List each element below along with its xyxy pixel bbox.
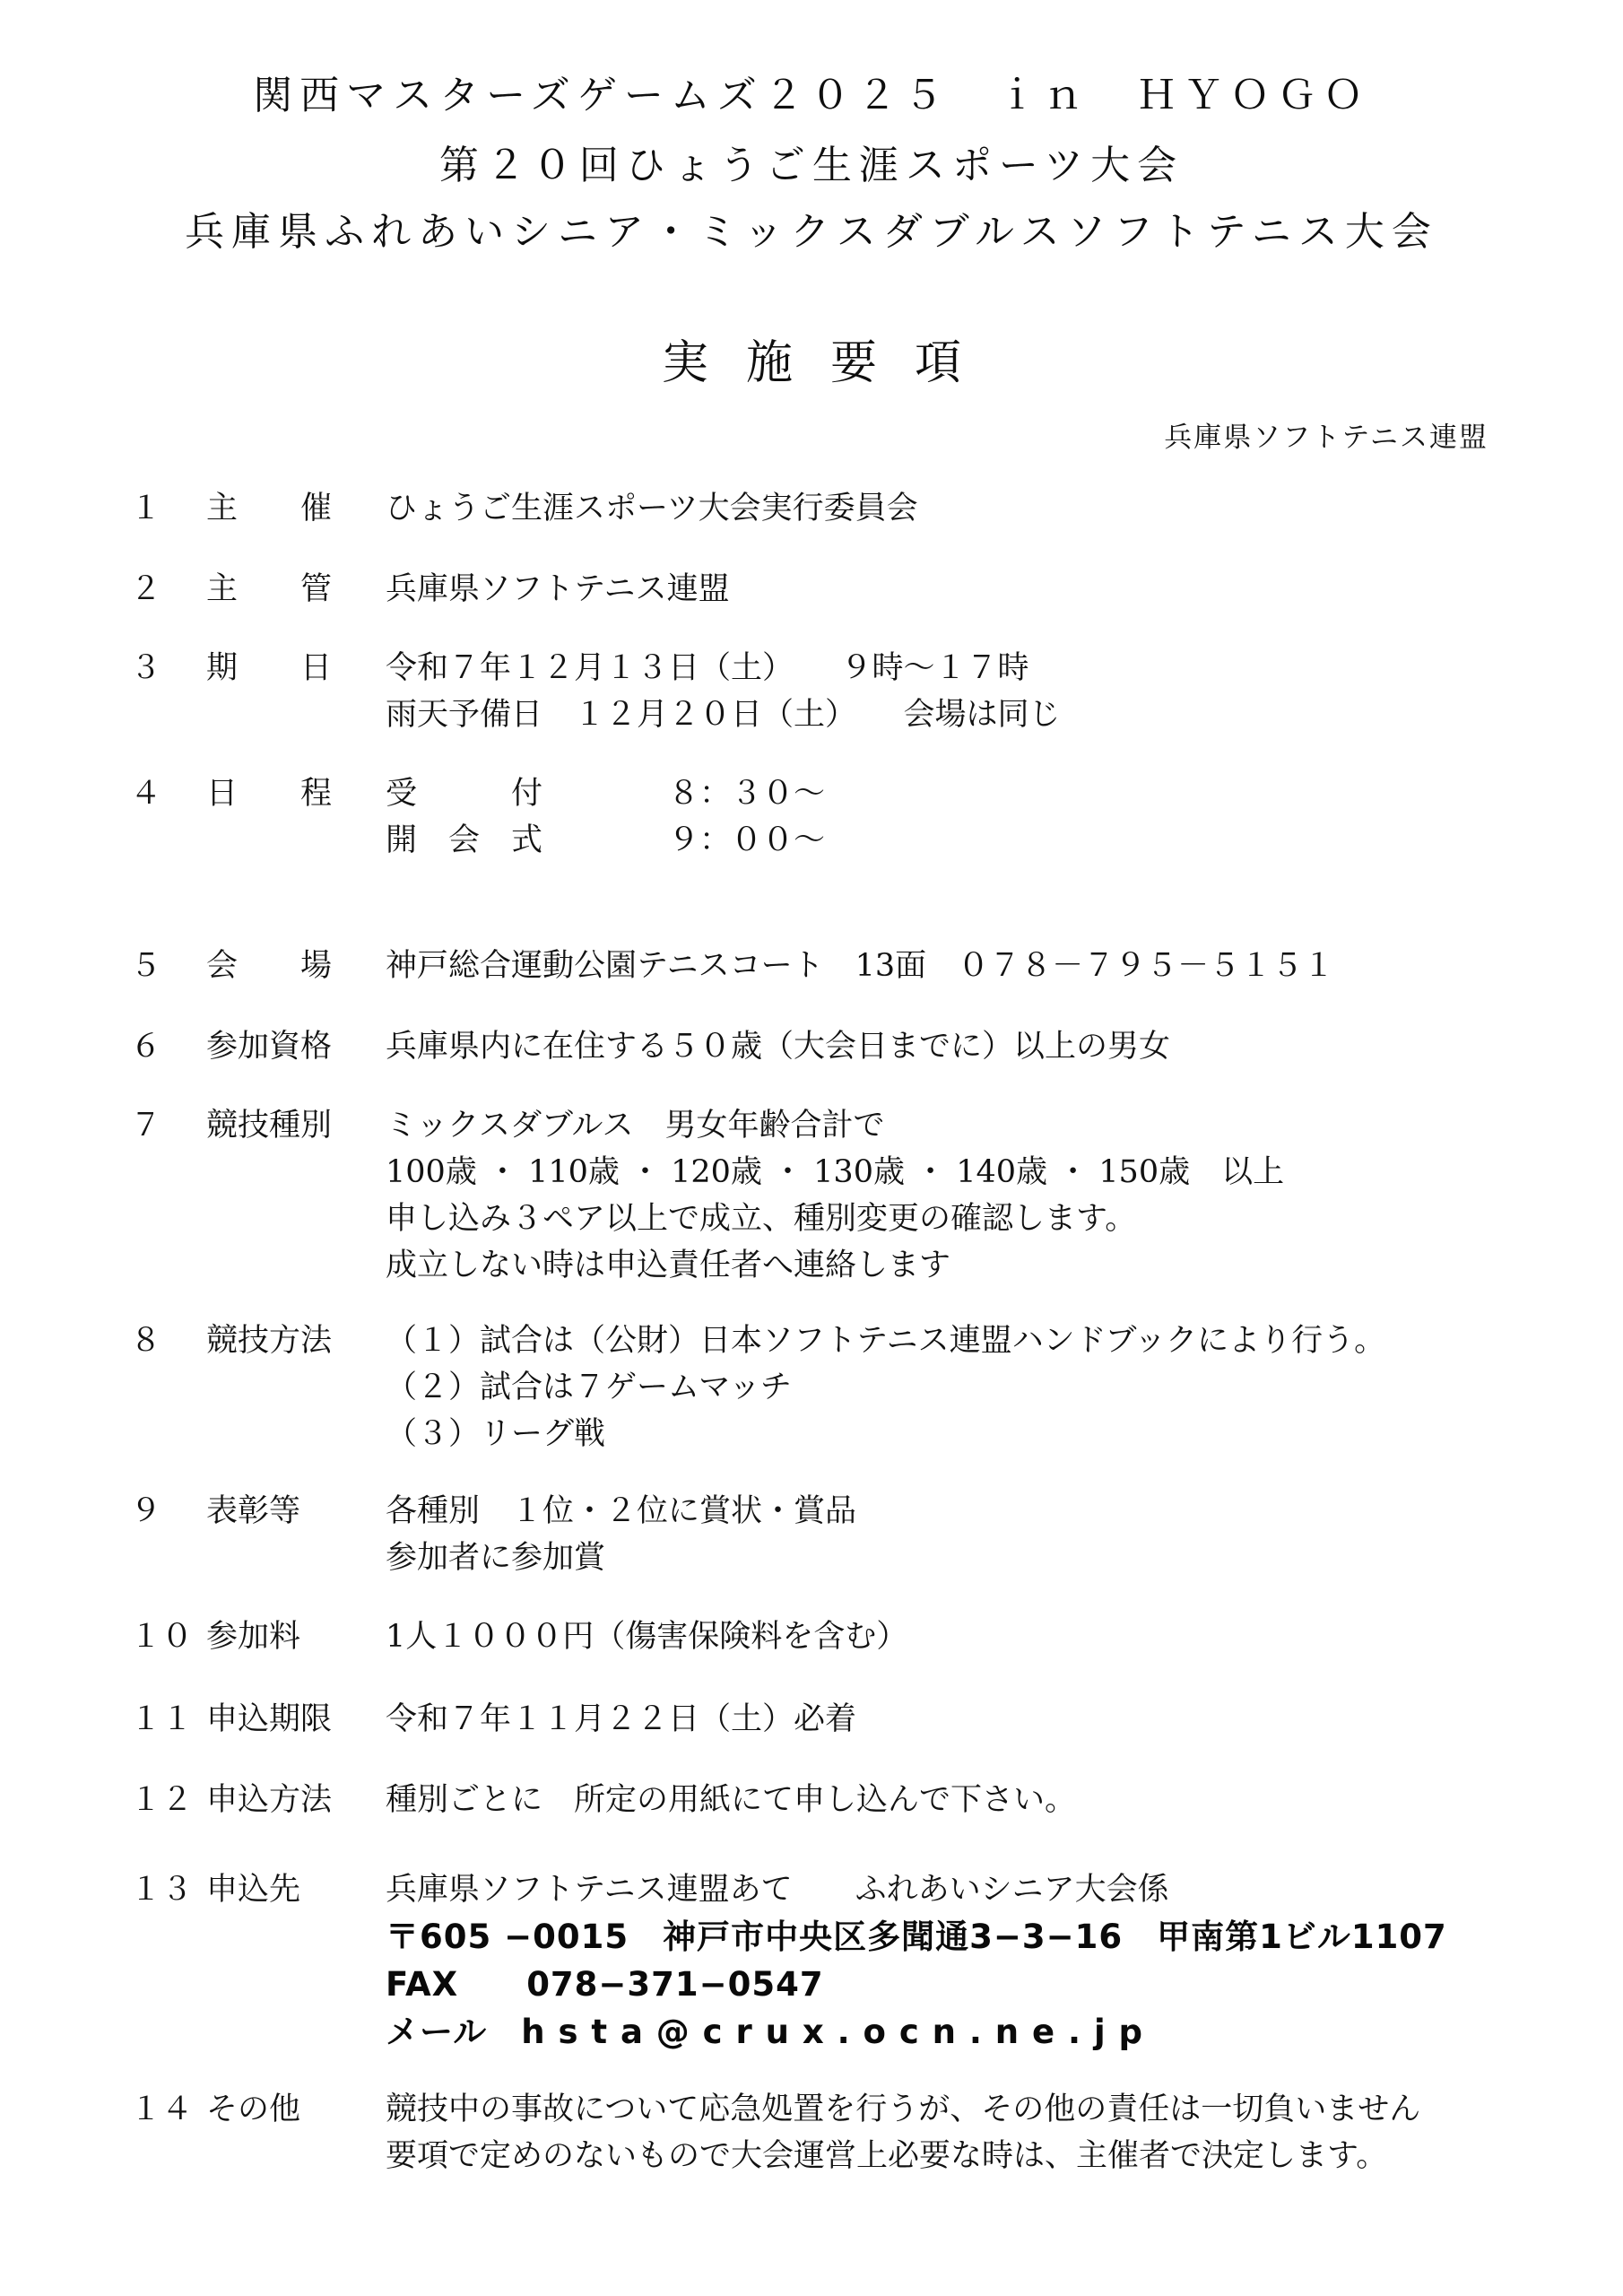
item-head: １０参加料: [130, 1613, 386, 1660]
item-line: 100歳 ・ 110歳 ・ 120歳 ・ 130歳 ・ 140歳 ・ 150歳 …: [386, 1149, 1587, 1196]
item-head: １４その他: [130, 2086, 386, 2133]
item-content: （１）試合は（公財）日本ソフトテニス連盟ハンドブックにより行う。 （２）試合は７…: [386, 1318, 1587, 1457]
item-awards: ９表彰等 各種別 １位・２位に賞状・賞品 参加者に参加賞: [130, 1488, 1587, 1581]
item-line: 雨天予備日 １２月２０日（土） 会場は同じ: [386, 691, 1587, 738]
item-content: ひょうご生涯スポーツ大会実行委員会: [386, 485, 1587, 532]
item-number: １４: [130, 2086, 206, 2133]
item-deadline: １１申込期限 令和７年１１月２２日（土）必着: [130, 1696, 1587, 1743]
item-content: 1人１０００円（傷害保険料を含む）: [386, 1613, 1587, 1660]
item-line: 令和７年１１月２２日（土）必着: [386, 1696, 1587, 1743]
item-other: １４その他 競技中の事故について応急処置を行うが、その他の責任は一切負いません …: [130, 2086, 1587, 2179]
item-number: １１: [130, 1696, 206, 1743]
title-line-1: 関西マスターズゲームズ２０２５ ｉｎ ＨＹＯＧＯ: [0, 63, 1623, 120]
item-number: ６: [130, 1023, 206, 1070]
item-line: 神戸総合運動公園テニスコート 13面 ０７８－７９５－５１５１: [386, 943, 1587, 989]
organization-name: 兵庫県ソフトテニス連盟: [1164, 414, 1488, 455]
item-head: ２主 管: [130, 566, 386, 613]
item-number: １３: [130, 1866, 206, 1913]
item-head: ４日 程: [130, 770, 386, 817]
item-head: １主 催: [130, 485, 386, 532]
item-label: 参加資格: [206, 1023, 332, 1070]
document-page: 関西マスターズゲームズ２０２５ ｉｎ ＨＹＯＧＯ 第２０回ひょうご生涯スポーツ大…: [0, 0, 1623, 2296]
email-line: メール h s t a @ c r u x . o c n . n e . j …: [386, 2008, 1587, 2056]
item-content: ミックスダブルス 男女年齢合計で 100歳 ・ 110歳 ・ 120歳 ・ 13…: [386, 1102, 1587, 1289]
item-content: 受 付 ８：３０～ 開 会 式 ９：００～: [386, 770, 1587, 864]
item-label: 主 管: [206, 566, 332, 613]
item-head: １１申込期限: [130, 1696, 386, 1743]
item-label: 申込先: [206, 1866, 300, 1913]
item-venue: ５会 場 神戸総合運動公園テニスコート 13面 ０７８－７９５－５１５１: [130, 943, 1587, 989]
item-head: ３期 日: [130, 645, 386, 691]
item-rules: ８競技方法 （１）試合は（公財）日本ソフトテニス連盟ハンドブックにより行う。 （…: [130, 1318, 1587, 1457]
item-label: 申込方法: [206, 1777, 332, 1823]
item-content: 各種別 １位・２位に賞状・賞品 参加者に参加賞: [386, 1488, 1587, 1581]
item-number: １０: [130, 1613, 206, 1660]
item-head: １２申込方法: [130, 1777, 386, 1823]
item-date: ３期 日 令和７年１２月１３日（土） ９時～１７時 雨天予備日 １２月２０日（土…: [130, 645, 1587, 738]
item-label: 表彰等: [206, 1488, 300, 1535]
item-content: 神戸総合運動公園テニスコート 13面 ０７８－７９５－５１５１: [386, 943, 1587, 989]
item-head: ５会 場: [130, 943, 386, 989]
item-label: その他: [206, 2086, 300, 2133]
item-categories: ７競技種別 ミックスダブルス 男女年齢合計で 100歳 ・ 110歳 ・ 120…: [130, 1102, 1587, 1289]
fax-line: FAX 078−371−0547: [386, 1961, 1587, 2008]
title-line-3: 兵庫県ふれあいシニア・ミックスダブルスソフトテニス大会: [0, 199, 1623, 257]
item-head: ９表彰等: [130, 1488, 386, 1535]
item-line: 種別ごとに 所定の用紙にて申し込んで下さい。: [386, 1777, 1587, 1823]
item-line: 1人１０００円（傷害保険料を含む）: [386, 1613, 1587, 1660]
item-number: ７: [130, 1102, 206, 1149]
item-eligibility: ６参加資格 兵庫県内に在住する５０歳（大会日までに）以上の男女: [130, 1023, 1587, 1070]
item-number: ９: [130, 1488, 206, 1535]
item-content: 兵庫県ソフトテニス連盟あて ふれあいシニア大会係 〒605 −0015 神戸市中…: [386, 1866, 1587, 2056]
item-line: 各種別 １位・２位に賞状・賞品: [386, 1488, 1587, 1535]
item-label: 日 程: [206, 770, 332, 817]
title-line-2: 第２０回ひょうご生涯スポーツ大会: [0, 133, 1623, 190]
item-number: １２: [130, 1777, 206, 1823]
item-line: 申し込み３ペア以上で成立、種別変更の確認します。: [386, 1196, 1587, 1242]
item-line: （１）試合は（公財）日本ソフトテニス連盟ハンドブックにより行う。: [386, 1318, 1587, 1364]
item-line: 競技中の事故について応急処置を行うが、その他の責任は一切負いません: [386, 2086, 1587, 2133]
item-content: 種別ごとに 所定の用紙にて申し込んで下さい。: [386, 1777, 1587, 1823]
item-line: ミックスダブルス 男女年齢合計で: [386, 1102, 1587, 1149]
item-content: 競技中の事故について応急処置を行うが、その他の責任は一切負いません 要項で定めの…: [386, 2086, 1587, 2179]
item-line: 兵庫県ソフトテニス連盟あて ふれあいシニア大会係: [386, 1866, 1587, 1913]
item-line: （３）リーグ戦: [386, 1411, 1587, 1457]
item-schedule: ４日 程 受 付 ８：３０～ 開 会 式 ９：００～: [130, 770, 1587, 864]
document-heading: 実施要項: [0, 325, 1623, 392]
item-number: １: [130, 485, 206, 532]
item-number: ８: [130, 1318, 206, 1364]
item-label: 申込期限: [206, 1696, 332, 1743]
item-line: 参加者に参加賞: [386, 1535, 1587, 1581]
item-content: 兵庫県ソフトテニス連盟: [386, 566, 1587, 613]
item-head: ６参加資格: [130, 1023, 386, 1070]
postal-address-line: 〒605 −0015 神戸市中央区多聞通3−3−16 甲南第1ビル1107: [386, 1913, 1587, 1961]
item-line: （２）試合は７ゲームマッチ: [386, 1364, 1587, 1411]
item-number: ５: [130, 943, 206, 989]
item-number: ４: [130, 770, 206, 817]
item-line: 受 付 ８：３０～: [386, 770, 1587, 817]
item-line: ひょうご生涯スポーツ大会実行委員会: [386, 485, 1587, 532]
item-host: １主 催 ひょうご生涯スポーツ大会実行委員会: [130, 485, 1587, 532]
item-label: 会 場: [206, 943, 332, 989]
item-line: 開 会 式 ９：００～: [386, 817, 1587, 864]
item-label: 競技種別: [206, 1102, 332, 1149]
item-content: 令和７年１２月１３日（土） ９時～１７時 雨天予備日 １２月２０日（土） 会場は…: [386, 645, 1587, 738]
item-content: 兵庫県内に在住する５０歳（大会日までに）以上の男女: [386, 1023, 1587, 1070]
item-line: 兵庫県内に在住する５０歳（大会日までに）以上の男女: [386, 1023, 1587, 1070]
item-organizer: ２主 管 兵庫県ソフトテニス連盟: [130, 566, 1587, 613]
item-line: 成立しない時は申込責任者へ連絡します: [386, 1242, 1587, 1289]
item-label: 参加料: [206, 1613, 300, 1660]
item-number: ３: [130, 645, 206, 691]
item-application-method: １２申込方法 種別ごとに 所定の用紙にて申し込んで下さい。: [130, 1777, 1587, 1823]
item-number: ２: [130, 566, 206, 613]
item-label: 期 日: [206, 645, 332, 691]
item-line: 令和７年１２月１３日（土） ９時～１７時: [386, 645, 1587, 691]
item-label: 主 催: [206, 485, 332, 532]
item-label: 競技方法: [206, 1318, 332, 1364]
item-line: 要項で定めのないもので大会運営上必要な時は、主催者で決定します。: [386, 2133, 1587, 2179]
item-head: ８競技方法: [130, 1318, 386, 1364]
item-content: 令和７年１１月２２日（土）必着: [386, 1696, 1587, 1743]
item-head: １３申込先: [130, 1866, 386, 1913]
item-fee: １０参加料 1人１０００円（傷害保険料を含む）: [130, 1613, 1587, 1660]
item-line: 兵庫県ソフトテニス連盟: [386, 566, 1587, 613]
item-head: ７競技種別: [130, 1102, 386, 1149]
item-application-address: １３申込先 兵庫県ソフトテニス連盟あて ふれあいシニア大会係 〒605 −001…: [130, 1866, 1587, 2056]
